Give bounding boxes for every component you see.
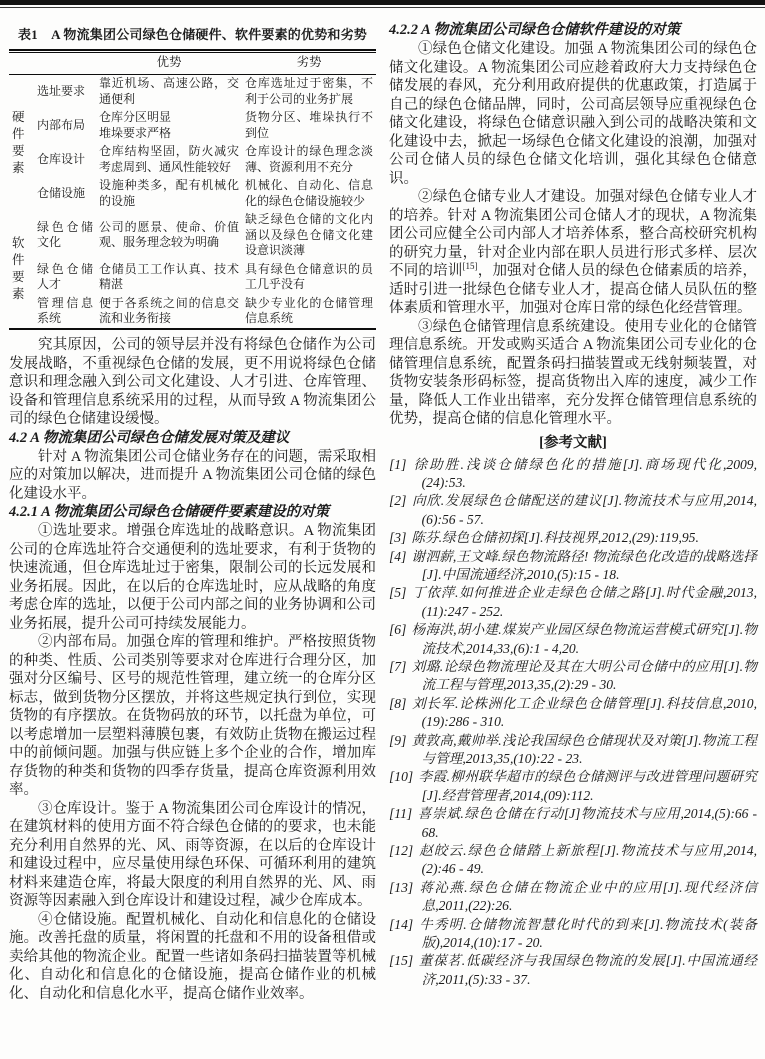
reference-item: [10]李霞.柳州联华超市的绿色仓储测评与改进管理问题研究[J].经营管理者,2… — [389, 768, 757, 805]
paragraph-talent: ②绿色仓储专业人才建设。加强对绿色仓储专业人才的培养。针对 A 物流集团公司仓储… — [389, 188, 757, 318]
reference-item: [11]喜崇斌.绿色仓储在行动[J]物流技术与应用,2014,(5):66 - … — [389, 805, 757, 842]
row-cons: 仓库设计的绿色理念淡薄、资源利用不充分 — [242, 143, 376, 177]
reference-number: [13] — [389, 880, 413, 895]
row-pros: 设施种类多，配有机械化的设施 — [96, 177, 242, 211]
row-item: 选址要求 — [34, 74, 96, 109]
reference-text: 赵皎云.绿色仓储踏上新旅程[J].物流技术与应用,2014,(2):46 - 4… — [418, 843, 757, 876]
paragraph-warehouse-facilities: ④仓储设施。配置机械化、自动化和信息化的仓储设施。改善托盘的质量，将闲置的托盘和… — [9, 911, 376, 1004]
table-1-block: 表1 A 物流集团公司绿色仓储硬件、软件要素的优势和劣势 优势 劣势 — [9, 21, 376, 330]
paragraph-mis: ③绿色仓储管理信息系统建设。使用专业化的仓储管理信息系统。开发或购买适合 A 物… — [389, 318, 757, 429]
reference-number: [2] — [389, 493, 406, 508]
reference-text: 杨海洪,胡小建.煤炭产业园区绿色物流运营模式研究[J].物流技术,2014,33… — [411, 622, 757, 655]
reference-item: [7]刘璐.论绿色物流理论及其在大明公司仓储中的应用[J].物流工程与管理,20… — [389, 658, 757, 695]
reference-text: 蒋沁燕.绿色仓储在物流企业中的应用[J].现代经济信息,2011,(22):26… — [418, 880, 757, 913]
row-cons: 机械化、自动化、信息化的绿色仓储设施较少 — [242, 177, 376, 211]
table-row: 内部布局 仓库分区明显 堆垛要求严格 货物分区、堆垛执行不到位 — [9, 109, 376, 143]
reference-number: [15] — [389, 953, 413, 968]
reference-text: 李霞.柳州联华超市的绿色仓储测评与改进管理问题研究[J].经营管理者,2014,… — [418, 769, 757, 802]
citation-15: [15] — [463, 261, 478, 271]
table-header-row: 优势 劣势 — [9, 53, 376, 74]
row-pros: 仓库结构坚固，防火减灾考虑周到、通风性能较好 — [96, 143, 242, 177]
reference-number: [8] — [389, 696, 406, 711]
page-header-rule — [0, 0, 765, 8]
references-heading: [参考文献] — [389, 434, 757, 453]
row-pros: 仓储员工工作认真、技术精湛 — [96, 260, 242, 294]
reference-item: [9]黄敦高,戴帅举.浅论我国绿色仓储现状及对策[J].物流工程与管理,2013… — [389, 732, 757, 769]
reference-number: [10] — [389, 769, 413, 784]
reference-text: 徐助胜.浅谈仓储绿色化的措施[J].商场现代化,2009,(24):53. — [411, 457, 757, 490]
reference-item: [8]刘长军.论株洲化工企业绿色仓储管理[J].科技信息,2010,(19):2… — [389, 695, 757, 732]
paragraph-intro: 针对 A 物流集团公司仓储业务存在的问题，需采取相应的对策加以解决，进而提升 A… — [9, 448, 376, 504]
table-row: 绿色仓储人才 仓储员工工作认真、技术精湛 具有绿色仓储意识的员工几乎没有 — [9, 260, 376, 294]
row-item: 管理信息系统 — [34, 294, 96, 329]
table-row: 仓储设施 设施种类多，配有机械化的设施 机械化、自动化、信息化的绿色仓储设施较少 — [9, 177, 376, 211]
paragraph-internal-layout: ②内部布局。加强仓库的管理和维护。严格按照货物的种类、性质、公司类别等要求对仓库… — [9, 633, 376, 800]
paragraph-warehouse-design: ③仓库设计。鉴于 A 物流集团公司仓库设计的情况，在建筑材料的使用方面不符合绿色… — [9, 800, 376, 911]
reference-item: [2]向欣.发展绿色仓储配送的建议[J].物流技术与应用,2014,(6):56… — [389, 492, 757, 529]
reference-text: 谢泗薪,王文峰.绿色物流路径! 物流绿色化改造的战略选择[J].中国流通经济,2… — [411, 549, 757, 582]
paper-page: 表1 A 物流集团公司绿色仓储硬件、软件要素的优势和劣势 优势 劣势 — [0, 0, 765, 1059]
reference-text: 向欣.发展绿色仓储配送的建议[J].物流技术与应用,2014,(6):56 - … — [411, 493, 757, 526]
reference-item: [3]陈芬.绿色仓储初探[J].科技视界,2012,(29):119,95. — [389, 529, 757, 547]
table-row: 软件要素 绿色仓储文化 公司的愿景、使命、价值观、服务理念较为明确 缺乏绿色仓储… — [9, 211, 376, 261]
reference-text: 黄敦高,戴帅举.浅论我国绿色仓储现状及对策[J].物流工程与管理,2013,35… — [411, 733, 757, 766]
column-header-pros: 优势 — [96, 53, 242, 74]
row-cons: 缺乏绿色仓储的文化内涵以及绿色仓储文化建设意识淡薄 — [242, 211, 376, 261]
row-item: 绿色仓储文化 — [34, 211, 96, 261]
table-caption: 表1 A 物流集团公司绿色仓储硬件、软件要素的优势和劣势 — [9, 21, 376, 51]
paragraph-site-selection: ①选址要求。增强仓库选址的战略意识。A 物流集团公司的仓库选址符合交通便利的选址… — [9, 522, 376, 633]
table-row: 仓库设计 仓库结构坚固，防火减灾考虑周到、通风性能较好 仓库设计的绿色理念淡薄、… — [9, 143, 376, 177]
row-item: 内部布局 — [34, 109, 96, 143]
reference-number: [3] — [389, 530, 406, 545]
reference-item: [5]丁依萍.如何推进企业走绿色仓储之路[J].时代金融,2013,(11):2… — [389, 584, 757, 621]
reference-number: [11] — [389, 806, 412, 821]
row-item: 仓库设计 — [34, 143, 96, 177]
row-pros: 靠近机场、高速公路，交通便利 — [96, 74, 242, 109]
reference-number: [4] — [389, 549, 406, 564]
left-column: 表1 A 物流集团公司绿色仓储硬件、软件要素的优势和劣势 优势 劣势 — [9, 21, 376, 1003]
row-item: 仓储设施 — [34, 177, 96, 211]
table-row: 硬件要素 选址要求 靠近机场、高速公路，交通便利 仓库选址过于密集，不利于公司的… — [9, 74, 376, 109]
reference-item: [14]牛秀明.仓储物流智慧化时代的到来[J].物流技术(装备版),2014,(… — [389, 916, 757, 953]
reference-number: [12] — [389, 843, 413, 858]
reference-item: [4]谢泗薪,王文峰.绿色物流路径! 物流绿色化改造的战略选择[J].中国流通经… — [389, 548, 757, 585]
group-label-hardware: 硬件要素 — [9, 74, 34, 211]
reference-number: [14] — [389, 917, 413, 932]
reference-item: [13]蒋沁燕.绿色仓储在物流企业中的应用[J].现代经济信息,2011,(22… — [389, 879, 757, 916]
row-pros: 公司的愿景、使命、价值观、服务理念较为明确 — [96, 211, 242, 261]
section-heading-4-2-1: 4.2.1 A 物流集团公司绿色仓储硬件要素建设的对策 — [9, 503, 376, 522]
reference-text: 牛秀明.仓储物流智慧化时代的到来[J].物流技术(装备版),2014,(10):… — [418, 917, 757, 950]
reference-text: 刘长军.论株洲化工企业绿色仓储管理[J].科技信息,2010,(19):286 … — [411, 696, 757, 729]
row-pros: 仓库分区明显 堆垛要求严格 — [96, 109, 242, 143]
section-heading-4-2-2: 4.2.2 A 物流集团公司绿色仓储软件建设的对策 — [389, 21, 757, 40]
reference-item: [15]董葆茗.低碳经济与我国绿色物流的发展[J].中国流通经济,2011,(5… — [389, 952, 757, 989]
reference-number: [1] — [389, 457, 406, 472]
reference-number: [6] — [389, 622, 406, 637]
reference-number: [7] — [389, 659, 406, 674]
paragraph-culture: ①绿色仓储文化建设。加强 A 物流集团公司的绿色仓储文化建设。A 物流集团公司应… — [389, 40, 757, 188]
paragraph-reason: 究其原因，公司的领导层并没有将绿色仓储作为公司发展战略，不重视绿色仓储的发展，更… — [9, 336, 376, 429]
reference-text: 陈芬.绿色仓储初探[J].科技视界,2012,(29):119,95. — [411, 530, 698, 545]
reference-text: 刘璐.论绿色物流理论及其在大明公司仓储中的应用[J].物流工程与管理,2013,… — [411, 659, 757, 692]
reference-item: [1]徐助胜.浅谈仓储绿色化的措施[J].商场现代化,2009,(24):53. — [389, 456, 757, 493]
reference-text: 喜崇斌.绿色仓储在行动[J]物流技术与应用,2014,(5):66 - 68. — [417, 806, 757, 839]
section-heading-4-2: 4.2 A 物流集团公司绿色仓储发展对策及建议 — [9, 429, 376, 448]
reference-text: 丁依萍.如何推进企业走绿色仓储之路[J].时代金融,2013,(11):247 … — [411, 585, 757, 618]
column-header-cons: 劣势 — [242, 53, 376, 74]
pros-cons-table: 优势 劣势 硬件要素 选址要求 靠近机场、高速公路，交通便利 仓库选址过于密集，… — [9, 53, 376, 330]
reference-number: [9] — [389, 733, 406, 748]
row-item: 绿色仓储人才 — [34, 260, 96, 294]
reference-list: [1]徐助胜.浅谈仓储绿色化的措施[J].商场现代化,2009,(24):53.… — [389, 456, 757, 990]
group-label-software: 软件要素 — [9, 211, 34, 330]
row-cons: 具有绿色仓储意识的员工几乎没有 — [242, 260, 376, 294]
right-column: 4.2.2 A 物流集团公司绿色仓储软件建设的对策 ①绿色仓储文化建设。加强 A… — [389, 21, 757, 1003]
row-cons: 仓库选址过于密集，不利于公司的业务扩展 — [242, 74, 376, 109]
row-cons: 缺少专业化的仓储管理信息系统 — [242, 294, 376, 329]
reference-text: 董葆茗.低碳经济与我国绿色物流的发展[J].中国流通经济,2011,(5):33… — [418, 953, 757, 986]
row-cons: 货物分区、堆垛执行不到位 — [242, 109, 376, 143]
two-column-layout: 表1 A 物流集团公司绿色仓储硬件、软件要素的优势和劣势 优势 劣势 — [0, 8, 765, 1003]
reference-item: [12]赵皎云.绿色仓储踏上新旅程[J].物流技术与应用,2014,(2):46… — [389, 842, 757, 879]
table-row: 管理信息系统 便于各系统之间的信息交流和业务衔接 缺少专业化的仓储管理信息系统 — [9, 294, 376, 329]
row-pros: 便于各系统之间的信息交流和业务衔接 — [96, 294, 242, 329]
reference-number: [5] — [389, 585, 406, 600]
reference-item: [6]杨海洪,胡小建.煤炭产业园区绿色物流运营模式研究[J].物流技术,2014… — [389, 621, 757, 658]
